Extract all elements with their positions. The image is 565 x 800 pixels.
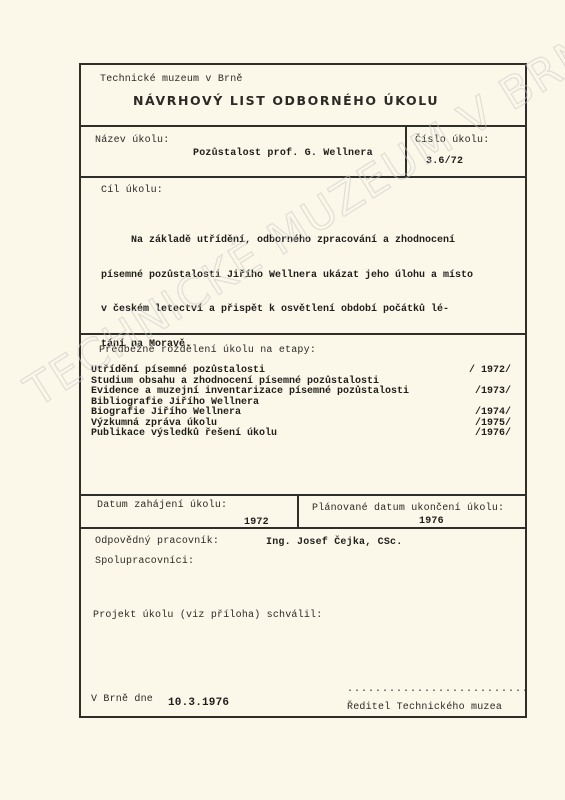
stage-year: /1973/ (475, 387, 511, 398)
responsible-value: Ing. Josef Čejka, CSc. (266, 537, 402, 548)
goal-line: písemné pozůstalosti Jiřího Wellnera uká… (101, 270, 473, 282)
start-date-label: Datum zahájení úkolu: (97, 500, 227, 511)
task-number-value: 3.6/72 (426, 156, 463, 167)
stage-text: Studium obsahu a zhodnocení písemné pozů… (91, 376, 379, 387)
goal-line: Na základě utřídění, odborného zpracován… (101, 235, 473, 247)
stage-text: Biografie Jiřího Wellnera (91, 407, 241, 418)
stage-text: Publikace výsledků řešení úkolu (91, 428, 277, 439)
divider (297, 494, 299, 528)
approval-date: 10.3.1976 (168, 697, 229, 709)
stage-text: Evidence a muzejní inventarizace písemné… (91, 386, 409, 397)
divider (405, 125, 407, 177)
planned-end-date-value: 1976 (419, 516, 444, 527)
task-name-label: Název úkolu: (95, 135, 169, 146)
stage-year: /1976/ (475, 429, 511, 440)
goal-label: Cíl úkolu: (101, 185, 163, 196)
stage-text: Výzkumná zpráva úkolu (91, 418, 217, 429)
collaborators-label: Spolupracovníci: (95, 556, 194, 567)
stage-year: / 1972/ (469, 366, 511, 377)
divider (81, 125, 525, 127)
signature-line: .......................... (347, 684, 529, 695)
divider (81, 333, 525, 335)
goal-line: v českém letectví a přispět k osvětlení … (101, 304, 473, 316)
place-label: V Brně dne (91, 694, 153, 705)
divider (81, 176, 525, 178)
planned-end-date-label: Plánované datum ukončení úkolu: (312, 503, 504, 514)
stages-label: Předběžné rozdělení úkolu na etapy: (99, 345, 316, 356)
divider (81, 494, 525, 496)
form-frame: Technické muzeum v Brně NÁVRHOVÝ LIST OD… (79, 63, 527, 718)
task-name-value: Pozůstalost prof. G. Wellnera (193, 148, 373, 159)
stage-text: Bibliografie Jiřího Wellnera (91, 397, 259, 408)
stage-text: Utřídění písemné pozůstalosti (91, 365, 265, 376)
approval-label: Projekt úkolu (viz příloha) schválil: (93, 610, 322, 621)
institution-name: Technické muzeum v Brně (100, 74, 243, 85)
stage-item: Publikace výsledků řešení úkolu/1976/ (91, 429, 511, 440)
divider (81, 527, 525, 529)
form-title: NÁVRHOVÝ LIST ODBORNÉHO ÚKOLU (133, 93, 439, 108)
signature-label: Ředitel Technického muzea (347, 702, 502, 713)
task-number-label: Číslo úkolu: (415, 135, 489, 146)
stage-year: /1974/ (475, 408, 511, 419)
responsible-label: Odpovědný pracovník: (95, 536, 219, 547)
